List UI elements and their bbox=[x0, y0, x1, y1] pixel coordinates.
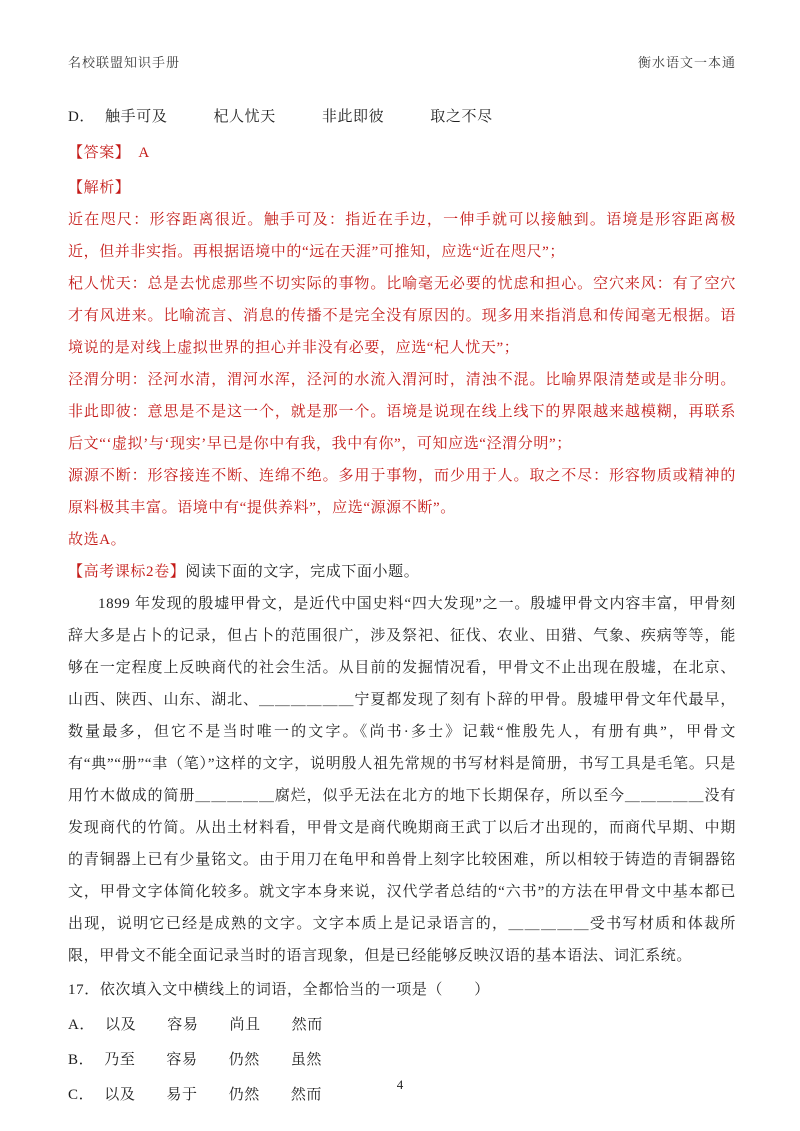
analysis-paragraph-2: 杞人忧天：总是去忧虑那些不切实际的事物。比喻毫无必要的忧虑和担心。空穴来风：有了… bbox=[68, 268, 736, 364]
analysis-conclusion: 故选A。 bbox=[68, 524, 736, 556]
analysis-paragraph-4: 源源不断：形容接连不断、连绵不绝。多用于事物，而少用于人。取之不尽：形容物质或精… bbox=[68, 460, 736, 524]
option-b-word-2: 容易 bbox=[166, 1044, 197, 1076]
question-17-number: 17． bbox=[68, 982, 100, 998]
option-b-label: B． bbox=[68, 1044, 94, 1076]
answer-line: 【答案】A bbox=[68, 137, 736, 169]
option-a-word-3: 尚且 bbox=[229, 1009, 260, 1041]
question-17-stem: 17．依次填入文中横线上的词语，全都恰当的一项是（ ） bbox=[68, 974, 736, 1006]
passage-intro-line: 【高考课标2卷】阅读下面的文字，完成下面小题。 bbox=[68, 556, 736, 588]
option-d-word-3: 非此即彼 bbox=[322, 101, 384, 133]
answer-value: A bbox=[138, 145, 149, 161]
passage-body: 1899 年发现的殷墟甲骨文，是近代中国史料“四大发现”之一。殷墟甲骨文内容丰富… bbox=[68, 588, 736, 972]
option-a-label: A． bbox=[68, 1009, 95, 1041]
analysis-tag: 【解析】 bbox=[68, 172, 736, 204]
option-d-word-1: 触手可及 bbox=[105, 101, 167, 133]
option-b-word-3: 仍然 bbox=[229, 1044, 260, 1076]
option-b-word-1: 乃至 bbox=[104, 1044, 135, 1076]
answer-tag: 【答案】 bbox=[68, 145, 130, 161]
passage-instruction: 阅读下面的文字，完成下面小题。 bbox=[185, 564, 419, 580]
option-b-word-4: 虽然 bbox=[291, 1044, 322, 1076]
header-left-title: 名校联盟知识手册 bbox=[68, 52, 180, 71]
option-row-b: B． 乃至 容易 仍然 虽然 bbox=[68, 1044, 736, 1076]
analysis-paragraph-3: 泾渭分明：泾河水清，渭河水浑，泾河的水流入渭河时，清浊不混。比喻界限清楚或是非分… bbox=[68, 364, 736, 460]
header-right-title: 衡水语文一本通 bbox=[638, 52, 736, 71]
passage-source-tag: 【高考课标2卷】 bbox=[68, 564, 185, 580]
question-17-text: 依次填入文中横线上的词语，全都恰当的一项是（ ） bbox=[100, 982, 490, 998]
option-row-a: A． 以及 容易 尚且 然而 bbox=[68, 1009, 736, 1041]
page-number: 4 bbox=[0, 1077, 800, 1093]
option-a-word-4: 然而 bbox=[292, 1009, 323, 1041]
page-header: 名校联盟知识手册 衡水语文一本通 bbox=[68, 52, 736, 71]
option-d-word-2: 杞人忧天 bbox=[213, 101, 275, 133]
document-page: 名校联盟知识手册 衡水语文一本通 D． 触手可及 杞人忧天 非此即彼 取之不尽 … bbox=[0, 0, 800, 1131]
option-d-label: D． bbox=[68, 101, 95, 133]
option-row-d: D． 触手可及 杞人忧天 非此即彼 取之不尽 bbox=[68, 101, 736, 133]
analysis-paragraph-1: 近在咫尺：形容距离很近。触手可及：指近在手边，一伸手就可以接触到。语境是形容距离… bbox=[68, 204, 736, 268]
option-a-word-2: 容易 bbox=[167, 1009, 198, 1041]
option-a-word-1: 以及 bbox=[105, 1009, 136, 1041]
option-d-word-4: 取之不尽 bbox=[430, 101, 492, 133]
